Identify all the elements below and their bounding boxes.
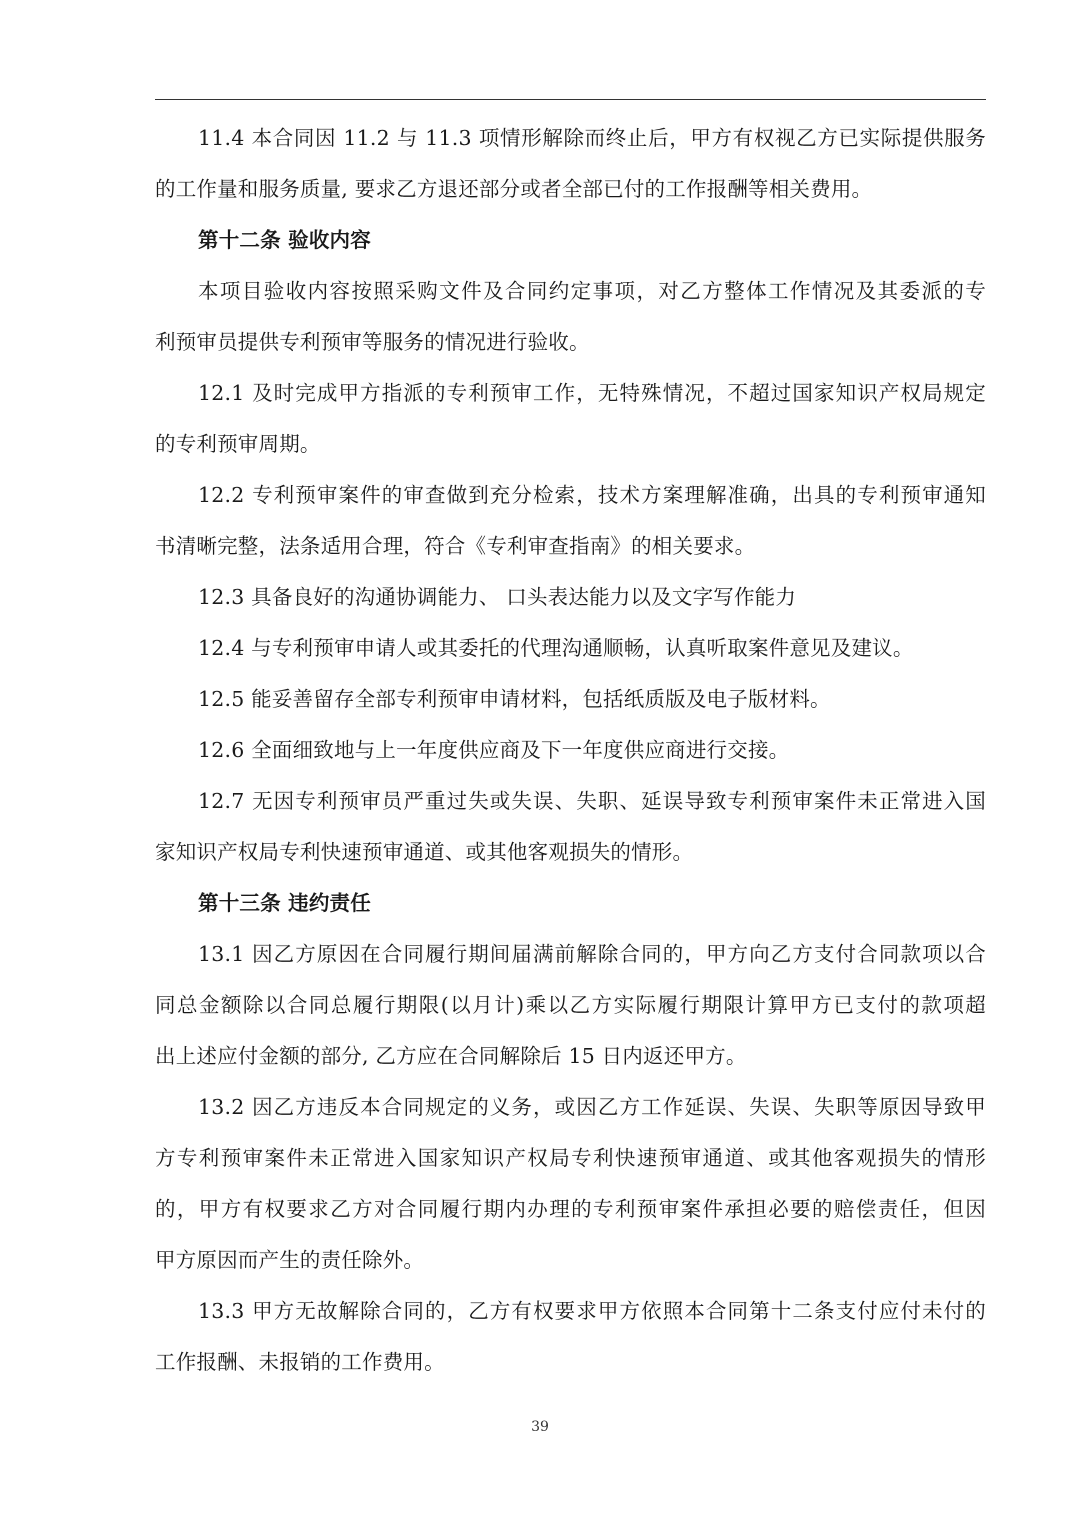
text-line: 12.7 无因专利预审员严重过失或失误、失职、延误导致专利预审案件未正常进入国 <box>155 776 986 827</box>
text-line: 12.2 专利预审案件的审查做到充分检索，技术方案理解准确，出具的专利预审通知 <box>155 470 986 521</box>
text-line: 12.6 全面细致地与上一年度供应商及下一年度供应商进行交接。 <box>155 725 986 776</box>
document-body: 11.4 本合同因 11.2 与 11.3 项情形解除而终止后，甲方有权视乙方已… <box>155 113 986 1388</box>
text-line: 利预审员提供专利预审等服务的情况进行验收。 <box>155 317 986 368</box>
text-line: 13.3 甲方无故解除合同的，乙方有权要求甲方依照本合同第十二条支付应付未付的 <box>155 1286 986 1337</box>
text-line: 家知识产权局专利快速预审通道、或其他客观损失的情形。 <box>155 827 986 878</box>
document-page: 11.4 本合同因 11.2 与 11.3 项情形解除而终止后，甲方有权视乙方已… <box>0 0 1080 1527</box>
text-line: 12.3 具备良好的沟通协调能力、 口头表达能力以及文字写作能力 <box>155 572 986 623</box>
text-line: 13.1 因乙方原因在合同履行期间届满前解除合同的，甲方向乙方支付合同款项以合 <box>155 929 986 980</box>
text-line: 12.1 及时完成甲方指派的专利预审工作，无特殊情况，不超过国家知识产权局规定 <box>155 368 986 419</box>
text-line: 12.5 能妥善留存全部专利预审申请材料，包括纸质版及电子版材料。 <box>155 674 986 725</box>
text-line: 出上述应付金额的部分, 乙方应在合同解除后 15 日内返还甲方。 <box>155 1031 986 1082</box>
text-line: 的工作量和服务质量, 要求乙方退还部分或者全部已付的工作报酬等相关费用。 <box>155 164 986 215</box>
page-number: 39 <box>0 1419 1080 1435</box>
section-heading: 第十二条 验收内容 <box>155 215 986 266</box>
text-line: 同总金额除以合同总履行期限(以月计)乘以乙方实际履行期限计算甲方已支付的款项超 <box>155 980 986 1031</box>
text-line: 的，甲方有权要求乙方对合同履行期内办理的专利预审案件承担必要的赔偿责任，但因 <box>155 1184 986 1235</box>
section-heading: 第十三条 违约责任 <box>155 878 986 929</box>
text-line: 13.2 因乙方违反本合同规定的义务，或因乙方工作延误、失误、失职等原因导致甲 <box>155 1082 986 1133</box>
text-line: 本项目验收内容按照采购文件及合同约定事项，对乙方整体工作情况及其委派的专 <box>155 266 986 317</box>
header-rule <box>155 99 986 100</box>
text-line: 的专利预审周期。 <box>155 419 986 470</box>
text-line: 11.4 本合同因 11.2 与 11.3 项情形解除而终止后，甲方有权视乙方已… <box>155 113 986 164</box>
text-line: 12.4 与专利预审申请人或其委托的代理沟通顺畅，认真听取案件意见及建议。 <box>155 623 986 674</box>
text-line: 甲方原因而产生的责任除外。 <box>155 1235 986 1286</box>
text-line: 工作报酬、未报销的工作费用。 <box>155 1337 986 1388</box>
text-line: 书清晰完整，法条适用合理，符合《专利审查指南》的相关要求。 <box>155 521 986 572</box>
text-line: 方专利预审案件未正常进入国家知识产权局专利快速预审通道、或其他客观损失的情形 <box>155 1133 986 1184</box>
